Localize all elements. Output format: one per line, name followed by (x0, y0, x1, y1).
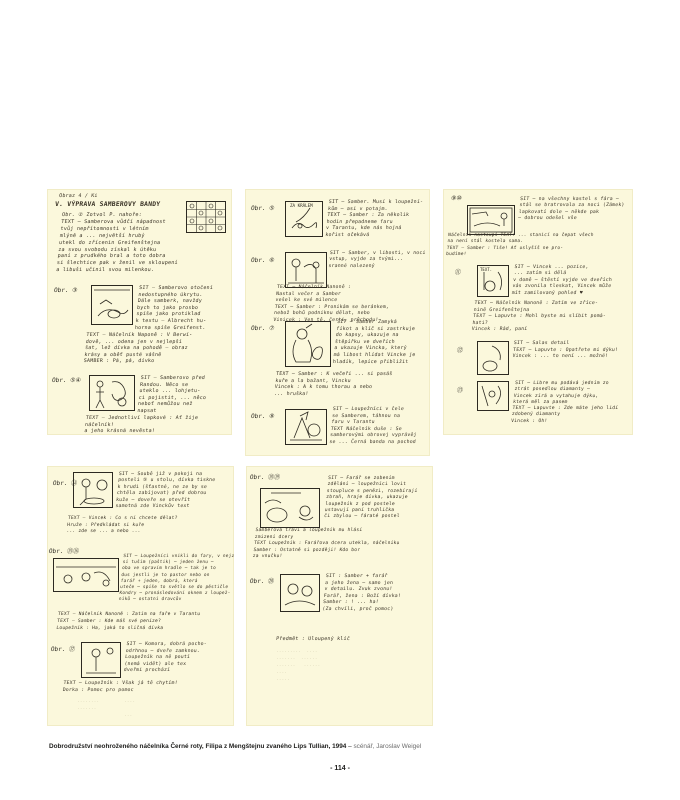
scene-text: TEXT – Jednotliví lapkové : Ať žije náče… (84, 415, 232, 435)
scene-text: SIT – Farář se zobením zdělání – loupežn… (324, 476, 433, 521)
storyboard-frame (89, 375, 135, 411)
frame-label: TEXT. (480, 267, 492, 272)
script-sheet-4: Obr. ⑭ SIT – Soubě již v pokoji na poste… (47, 466, 234, 726)
storyboard-frame (467, 205, 515, 235)
scene-number: Obr. ⑤ (251, 205, 275, 212)
scene-number: ⑬ (456, 385, 463, 394)
storyboard-frame: ZA KRÁLEM (285, 201, 323, 237)
storyboard-frame (53, 558, 119, 592)
storyboard-frame (91, 285, 133, 325)
storyboard-frame (73, 472, 113, 508)
scene-text: Náčelník nastoupí TEXT: ... stanicí na č… (446, 233, 633, 259)
storyboard-frame (285, 252, 327, 288)
script-sheet-5: Obr. ⑱⑲ SIT – Farář se zobením zdělání –… (246, 466, 433, 726)
storyboard-frame (81, 642, 121, 678)
scene-text: SIT – Samber Zamyká fíkot a klíč si zast… (333, 319, 430, 365)
scene-text: SIT – Salas detail TEXT – Lapuvte : Opat… (512, 341, 633, 361)
storyboard-frame (477, 341, 509, 375)
scene-number: Obr. ⑧ (251, 413, 275, 420)
storyboard-frame (280, 574, 320, 612)
storyboard-frame: TEXT. (477, 265, 509, 297)
storyboard-frame (285, 409, 327, 445)
scene-text: TEXT – Náčelník Nanoně : Zatím ve zříce-… (471, 301, 633, 334)
scene-number: Obr. ⑱⑲ (249, 472, 280, 481)
storyboard-frame (260, 488, 320, 528)
storyboard-frame (477, 381, 509, 411)
scene-text: SIT – Samber, v libosti, v noci vstup, v… (328, 251, 430, 270)
figure-caption: Dobrodružství neohroženého náčelníka Čer… (49, 743, 421, 750)
scene-number: ⑪ (454, 267, 461, 276)
scene-text: SIT – na všechny kastel s fára – stál se… (518, 197, 633, 223)
scene-number: ⑨⑩ (451, 195, 463, 202)
scene-number: Obr. ⑥ (251, 257, 275, 264)
faded-typewriter-text: ........ .... ....... ... (77, 698, 135, 719)
scene-text: TEXT – Loupežník : Však já tě chytím! Do… (62, 680, 234, 694)
scene-number: Obr. ⑮⑯ (48, 546, 79, 555)
scene-number: ⑫ (456, 345, 463, 354)
page-number: - 114 - (0, 765, 680, 772)
scene-text: Samberová tráví a loupežník mu hlásí zmi… (252, 528, 433, 561)
storyboard-frame (285, 321, 331, 367)
scene-text: SIT – Samber. Musí k loupežní- kům – asi… (325, 199, 430, 239)
scene-text: SIT : Samber + farář a jeho žena – samo … (322, 574, 433, 614)
scene-text: Předmět : Uloupený klíč (276, 636, 433, 643)
scene-number: Obr. ⑰ (50, 644, 75, 653)
scene-number: Obr. ⑳ (249, 576, 274, 585)
caption-role: scénář, (353, 743, 376, 750)
scene-text: SIT – Loupežníci v čele se Samberem, táh… (329, 407, 430, 447)
scene-number: Obr. ⑤④ (52, 377, 82, 384)
script-sheet-2: Obr. ⑤ ZA KRÁLEM SIT – Samber. Musí k lo… (245, 189, 430, 456)
scene-number: Obr. ③ (54, 287, 78, 294)
faded-typewriter-text: ......... .... ....... ...... ....... ..… (276, 648, 320, 683)
script-sheet-1: Obraz 4 / Ki V. VÝPRAVA SAMBEROVY BANDY … (47, 189, 232, 435)
scene-text: SIT – Samberovo otočení nedostupného úkr… (135, 285, 232, 331)
caption-author: Jaroslav Weigel (376, 743, 421, 750)
handwritten-lines: Obr. ② Zotvol P. nahoře: TEXT – Samberov… (56, 212, 232, 274)
scene-text: TEXT – Samber : K večeři ... si pasáš ku… (274, 371, 430, 397)
scene-text: SIT – Loupežníci vnikli do fary, v nejzá… (118, 554, 234, 604)
script-sheet-3: ⑨⑩ SIT – na všechny kastel s fára – stál… (443, 189, 633, 435)
caption-title: Dobrodružství neohroženého náčelníka Čer… (49, 743, 346, 750)
scene-number: Obr. ⑦ (251, 325, 275, 332)
scene-text: SIT – Samberovo před Randou. Něco se ute… (137, 375, 232, 415)
scene-text: SIT – Komora, dobrá pocho- odrhnou – dve… (123, 642, 234, 675)
scene-text: TEXT – Náčelník Naponě : V Berwí- dově, … (83, 332, 232, 365)
scene-text: SIT – Vincek ... pozice, ... zatím si dě… (511, 265, 633, 297)
frame-label: ZA KRÁLEM (290, 203, 313, 208)
scene-text: SIT – Soubě již v pokoji na posteli ⑤ u … (115, 472, 234, 510)
scene-text: TEXT – Náčelník Nanoně : Zatím na faře v… (56, 612, 234, 632)
scene-text: SIT – Libre mu podává jedním zo ztrát po… (511, 381, 633, 425)
scene-text: TEXT – Vincek : Co s ní chcete dělat? Hr… (66, 516, 234, 536)
